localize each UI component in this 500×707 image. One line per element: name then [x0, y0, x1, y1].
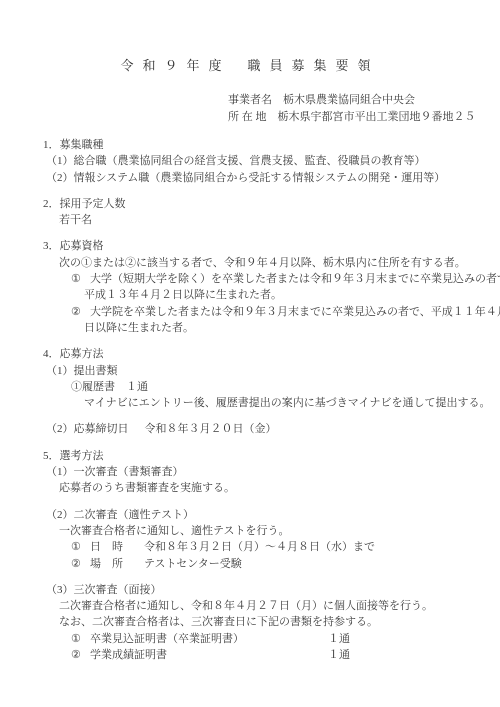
- circled-2-marker: ②: [71, 304, 90, 320]
- section1-heading: 1．募集職種: [0, 137, 500, 153]
- issuer-block: 事業者名 栃木県農業協同組合中央会 所 在 地 栃木県宇都宮市平出工業団地９番地…: [228, 92, 476, 126]
- place-value: テストセンター受験: [144, 558, 242, 570]
- issuer-address-row: 所 在 地 栃木県宇都宮市平出工業団地９番地２５: [228, 109, 476, 126]
- section3-item1: ①大学（短期大学を除く）を卒業した者または令和９年３月末までに卒業見込みの者で、: [0, 271, 500, 287]
- section1-item-it: （2）情報システム職（農業協同組合から受託する情報システムの開発・運用等）: [0, 170, 500, 186]
- circled-2-marker: ②: [71, 556, 90, 572]
- deadline-label: （2）応募締切日: [46, 421, 129, 437]
- circled-2-marker: ②: [71, 647, 90, 663]
- circled-1-marker: ①: [71, 539, 90, 555]
- issuer-name-value: 栃木県農業協同組合中央会: [283, 92, 415, 109]
- section3-intro: 次の①または②に該当する者で、令和９年４月以降、栃木県内に住所を有する者。: [0, 255, 500, 271]
- section5-sub2-item-place: ②場 所テストセンター受験: [0, 556, 500, 572]
- section2-body: 若干名: [0, 212, 500, 228]
- section4-sub1-heading: （1）提出書類: [0, 363, 500, 379]
- required-doc-1-title: 卒業見込証明書（卒業証明書）: [90, 631, 244, 647]
- section4-note: マイナビにエントリー後、履歴書提出の案内に基づきマイナビを通して提出する。: [0, 395, 500, 411]
- section5-sub2-item-datetime: ①日 時令和８年３月２日（月）～４月８日（水）まで: [0, 539, 500, 555]
- section5-sub3-heading: （3）三次審査（面接）: [0, 582, 500, 598]
- required-doc-2-count: １通: [328, 647, 350, 663]
- title-era-text: 令和９年度: [120, 58, 230, 73]
- datetime-label: 日 時: [90, 541, 123, 553]
- datetime-value: 令和８年３月２日（月）～４月８日（水）まで: [144, 541, 375, 553]
- document-title: 令和９年度職員募集要領: [0, 55, 500, 74]
- section3-heading: 3．応募資格: [0, 238, 500, 254]
- required-doc-row-2: ②学業成績証明書 １通: [0, 647, 350, 663]
- title-subject-text: 職員募集要領: [248, 58, 380, 73]
- issuer-name-row: 事業者名 栃木県農業協同組合中央会: [228, 92, 476, 109]
- section5-sub2-heading: （2）二次審査（適性テスト）: [0, 507, 500, 523]
- section3-item1-cont: 平成１３年４月２日以降に生まれた者。: [0, 287, 500, 303]
- required-doc-row-1: ①卒業見込証明書（卒業証明書） １通: [0, 631, 350, 647]
- place-label: 場 所: [90, 558, 123, 570]
- section4-heading: 4．応募方法: [0, 346, 500, 362]
- section3-item1-text: 大学（短期大学を除く）を卒業した者または令和９年３月末までに卒業見込みの者で、: [90, 273, 500, 285]
- section3-item2: ②大学院を卒業した者または令和９年３月末までに卒業見込みの者で、平成１１年４月２: [0, 304, 500, 320]
- section5-heading: 5．選考方法: [0, 448, 500, 464]
- section5-sub2-body: 一次審査合格者に通知し、適性テストを行う。: [0, 523, 500, 539]
- section5-sub3-body2: なお、二次審査合格者は、三次審査日に下記の書類を持参する。: [0, 614, 500, 630]
- circled-1-marker: ①: [71, 271, 90, 287]
- section1-item-general: （1）総合職（農業協同組合の経営支援、営農支援、監査、役職員の教育等）: [0, 153, 500, 169]
- issuer-address-label: 所 在 地: [228, 109, 267, 126]
- document-body: 1．募集職種 （1）総合職（農業協同組合の経営支援、営農支援、監査、役職員の教育…: [0, 137, 500, 663]
- section3-item2-cont: 日以降に生まれた者。: [0, 320, 500, 336]
- section2-heading: 2．採用予定人数: [0, 196, 500, 212]
- required-doc-1-count: １通: [328, 631, 350, 647]
- document-page: 令和９年度職員募集要領 事業者名 栃木県農業協同組合中央会 所 在 地 栃木県宇…: [0, 0, 500, 707]
- required-doc-2-title: 学業成績証明書: [90, 647, 167, 663]
- section5-sub3-body1: 二次審査合格者に通知し、令和８年４月２７日（月）に個人面接等を行う。: [0, 598, 500, 614]
- issuer-address-value: 栃木県宇都宮市平出工業団地９番地２５: [278, 109, 476, 126]
- section4-deadline-row: （2）応募締切日 令和８年３月２０日（金）: [0, 421, 500, 437]
- deadline-value: 令和８年３月２０日（金）: [145, 421, 277, 437]
- issuer-name-label: 事業者名: [228, 92, 272, 109]
- section5-sub1-heading: （1）一次審査（書類審査）: [0, 464, 500, 480]
- section5-sub1-body: 応募者のうち書類審査を実施する。: [0, 480, 500, 496]
- circled-1-marker: ①: [71, 631, 90, 647]
- section4-doc-resume: ①履歴書 １通: [0, 379, 500, 395]
- section3-item2-text: 大学院を卒業した者または令和９年３月末までに卒業見込みの者で、平成１１年４月２: [90, 306, 500, 318]
